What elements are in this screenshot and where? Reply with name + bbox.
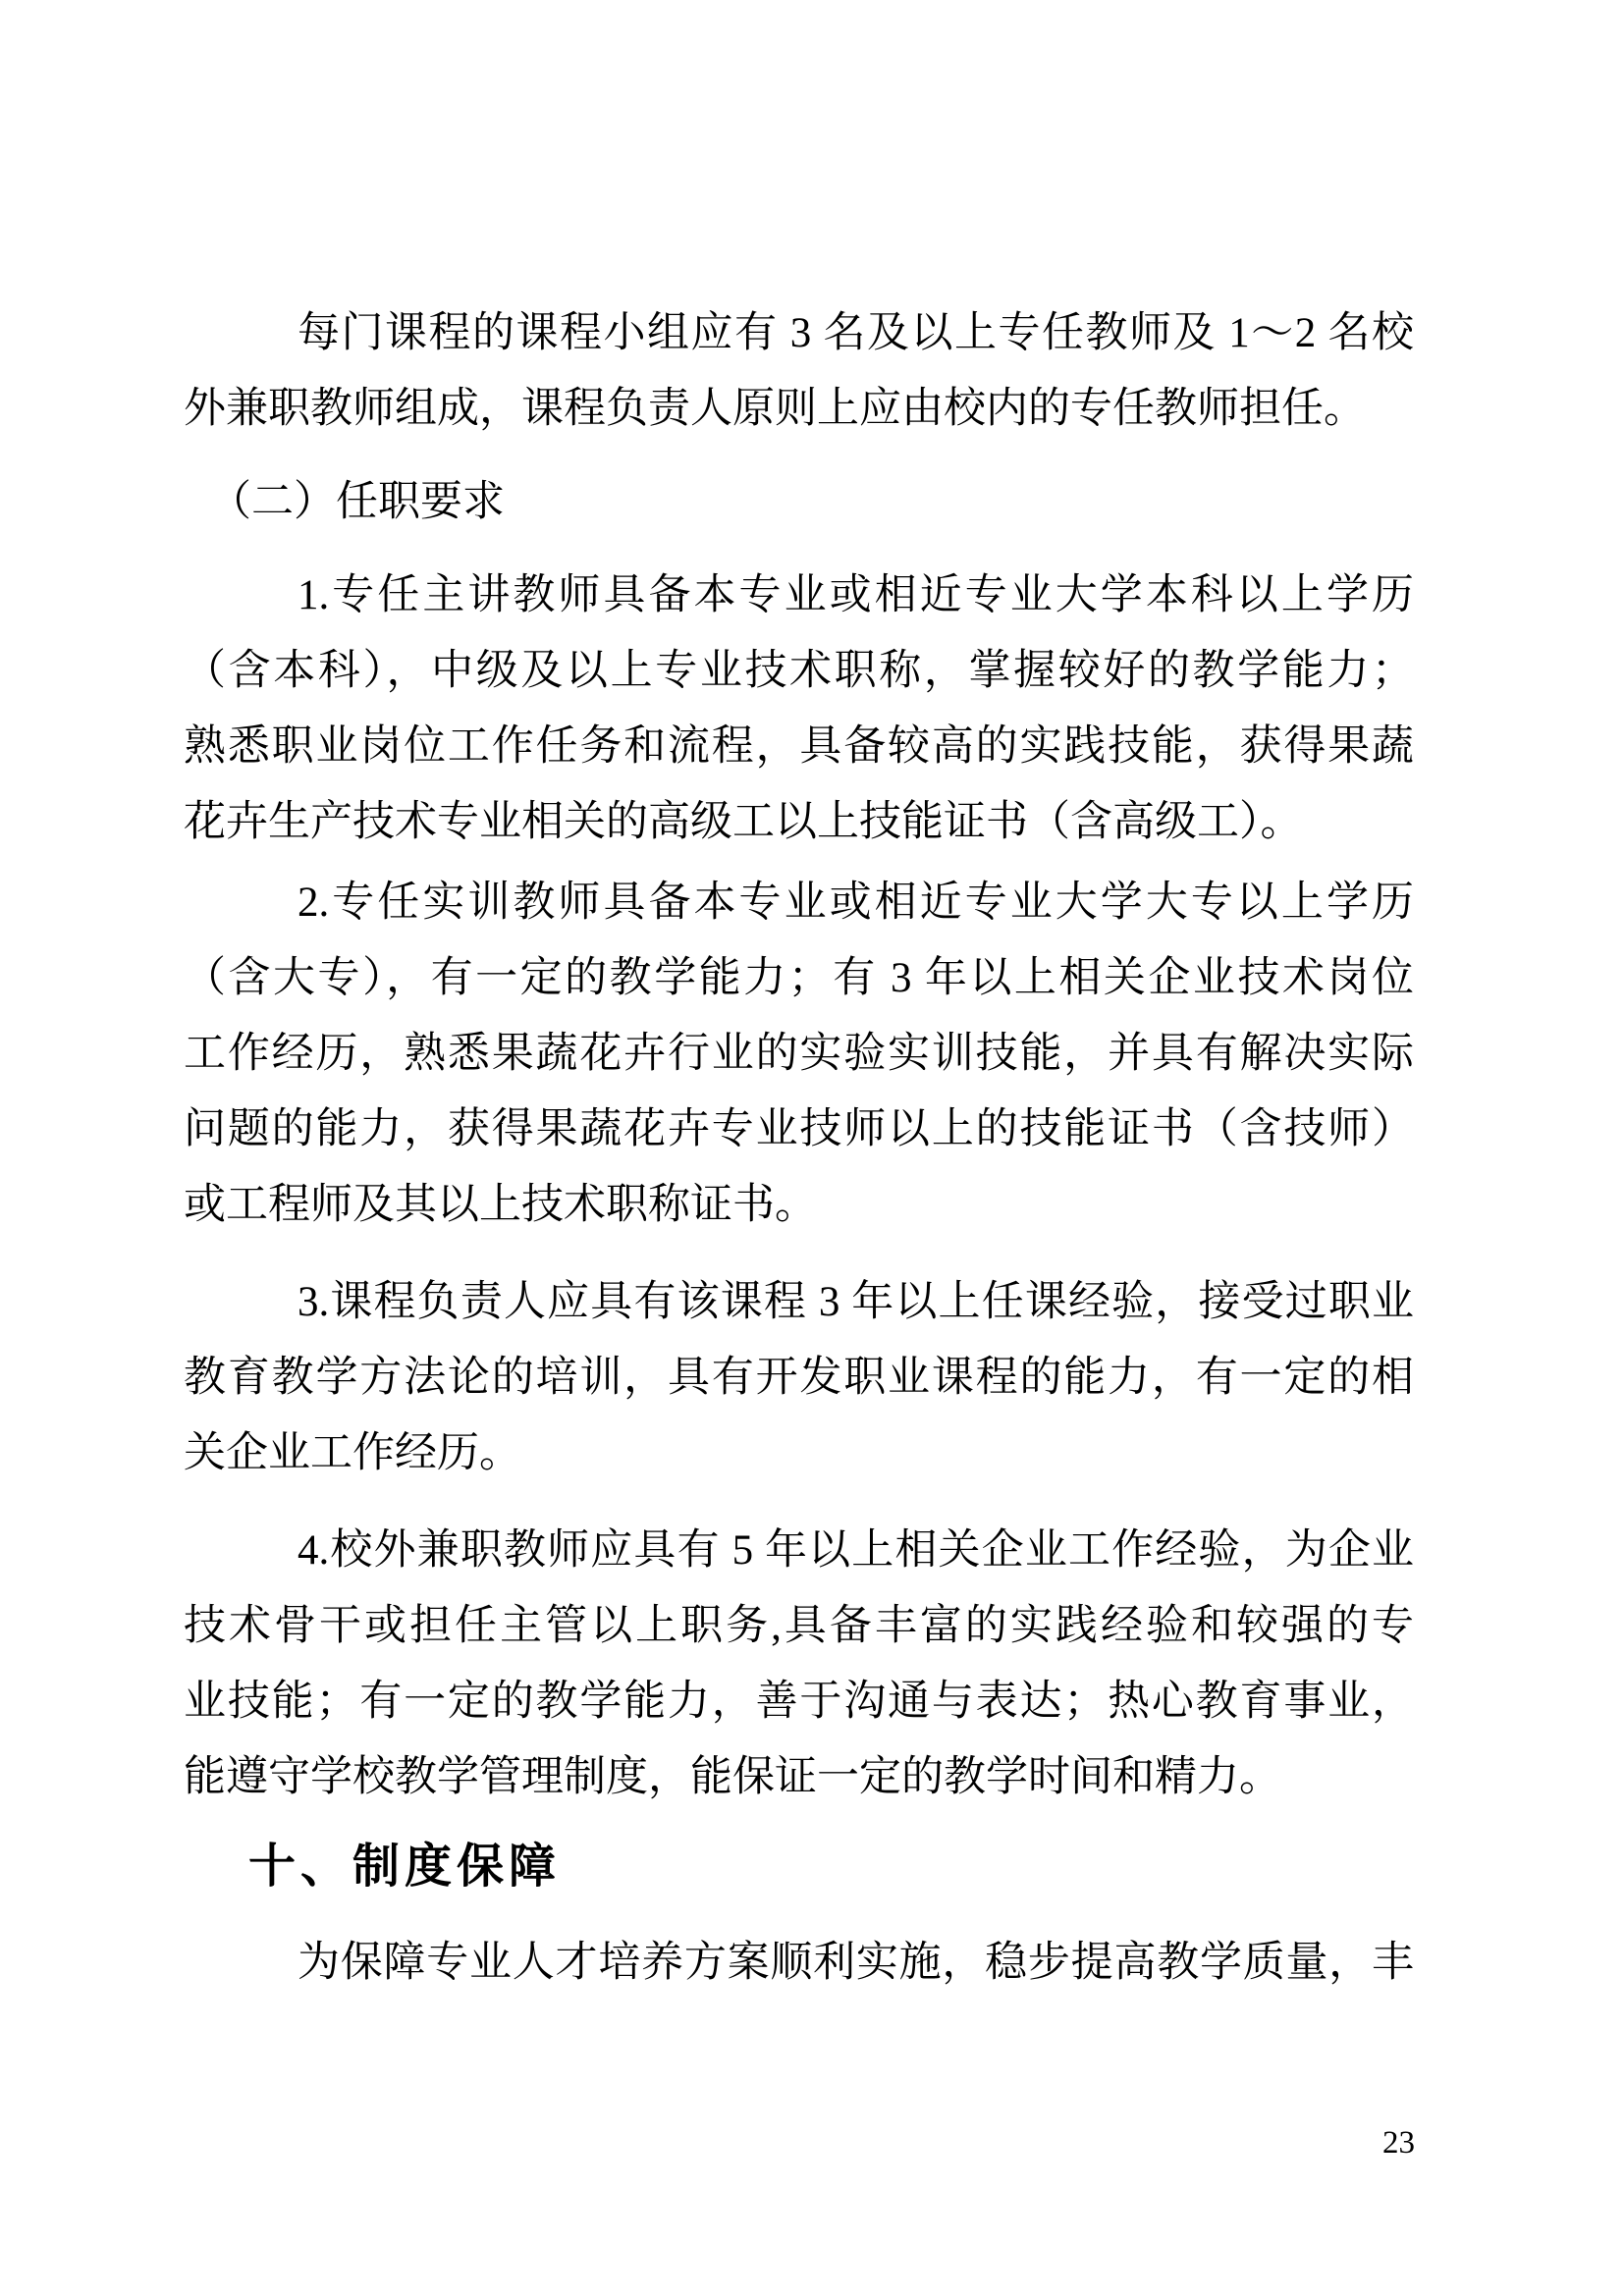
text-line: 4.校外兼职教师应具有 5 年以上相关企业工作经验，为企业 [184,1513,1414,1588]
paragraph-closing: 为保障专业人才培养方案顺利实施，稳步提高教学质量，丰 [184,1925,1414,2001]
page-number: 23 [1382,2123,1415,2163]
paragraph-item2: 2.专任实训教师具备本专业或相近专业大学大专以上学历 （含大专），有一定的教学能… [184,865,1414,1243]
text-line: 外兼职教师组成，课程负责人原则上应由校内的专任教师担任。 [184,371,1414,447]
text-line: 熟悉职业岗位工作任务和流程，具备较高的实践技能，获得果蔬 [184,709,1414,784]
text-line: 关企业工作经历。 [184,1415,1414,1491]
paragraph-intro: 每门课程的课程小组应有 3 名及以上专任教师及 1～2 名校 外兼职教师组成，课… [184,295,1414,447]
text-line: 3.课程负责人应具有该课程 3 年以上任课经验，接受过职业 [184,1264,1414,1340]
text-line: 或工程师及其以上技术职称证书。 [184,1167,1414,1243]
text-line: 教育教学方法论的培训，具有开发职业课程的能力，有一定的相 [184,1340,1414,1415]
text-line: 业技能；有一定的教学能力，善于沟通与表达；热心教育事业， [184,1664,1414,1739]
text-line: （含大专），有一定的教学能力；有 3 年以上相关企业技术岗位 [184,940,1414,1016]
text-line: 问题的能力，获得果蔬花卉专业技师以上的技能证书（含技师） [184,1092,1414,1167]
text-line: 技术骨干或担任主管以上职务,具备丰富的实践经验和较强的专 [184,1588,1414,1664]
document-page: 每门课程的课程小组应有 3 名及以上专任教师及 1～2 名校 外兼职教师组成，课… [0,0,1624,2296]
section-heading-renzhi-yaoqiu: （二）任职要求 [184,464,1414,540]
text-line: 1.专任主讲教师具备本专业或相近专业大学本科以上学历 [184,558,1414,633]
text-line: 花卉生产技术专业相关的高级工以上技能证书（含高级工）。 [184,784,1414,860]
text-line: 每门课程的课程小组应有 3 名及以上专任教师及 1～2 名校 [184,295,1414,371]
text-line: 能遵守学校教学管理制度，能保证一定的教学时间和精力。 [184,1739,1414,1815]
text-line: （含本科），中级及以上专业技术职称，掌握较好的教学能力； [184,633,1414,709]
paragraph-item1: 1.专任主讲教师具备本专业或相近专业大学本科以上学历 （含本科），中级及以上专业… [184,558,1414,860]
text-line: 2.专任实训教师具备本专业或相近专业大学大专以上学历 [184,865,1414,940]
text-line: 为保障专业人才培养方案顺利实施，稳步提高教学质量，丰 [184,1925,1414,2001]
paragraph-item4: 4.校外兼职教师应具有 5 年以上相关企业工作经验，为企业 技术骨干或担任主管以… [184,1513,1414,1815]
text-line: 工作经历，熟悉果蔬花卉行业的实验实训技能，并具有解决实际 [184,1016,1414,1092]
chapter-heading-zhidu-baozhang: 十、制度保障 [184,1829,1414,1904]
paragraph-item3: 3.课程负责人应具有该课程 3 年以上任课经验，接受过职业 教育教学方法论的培训… [184,1264,1414,1491]
